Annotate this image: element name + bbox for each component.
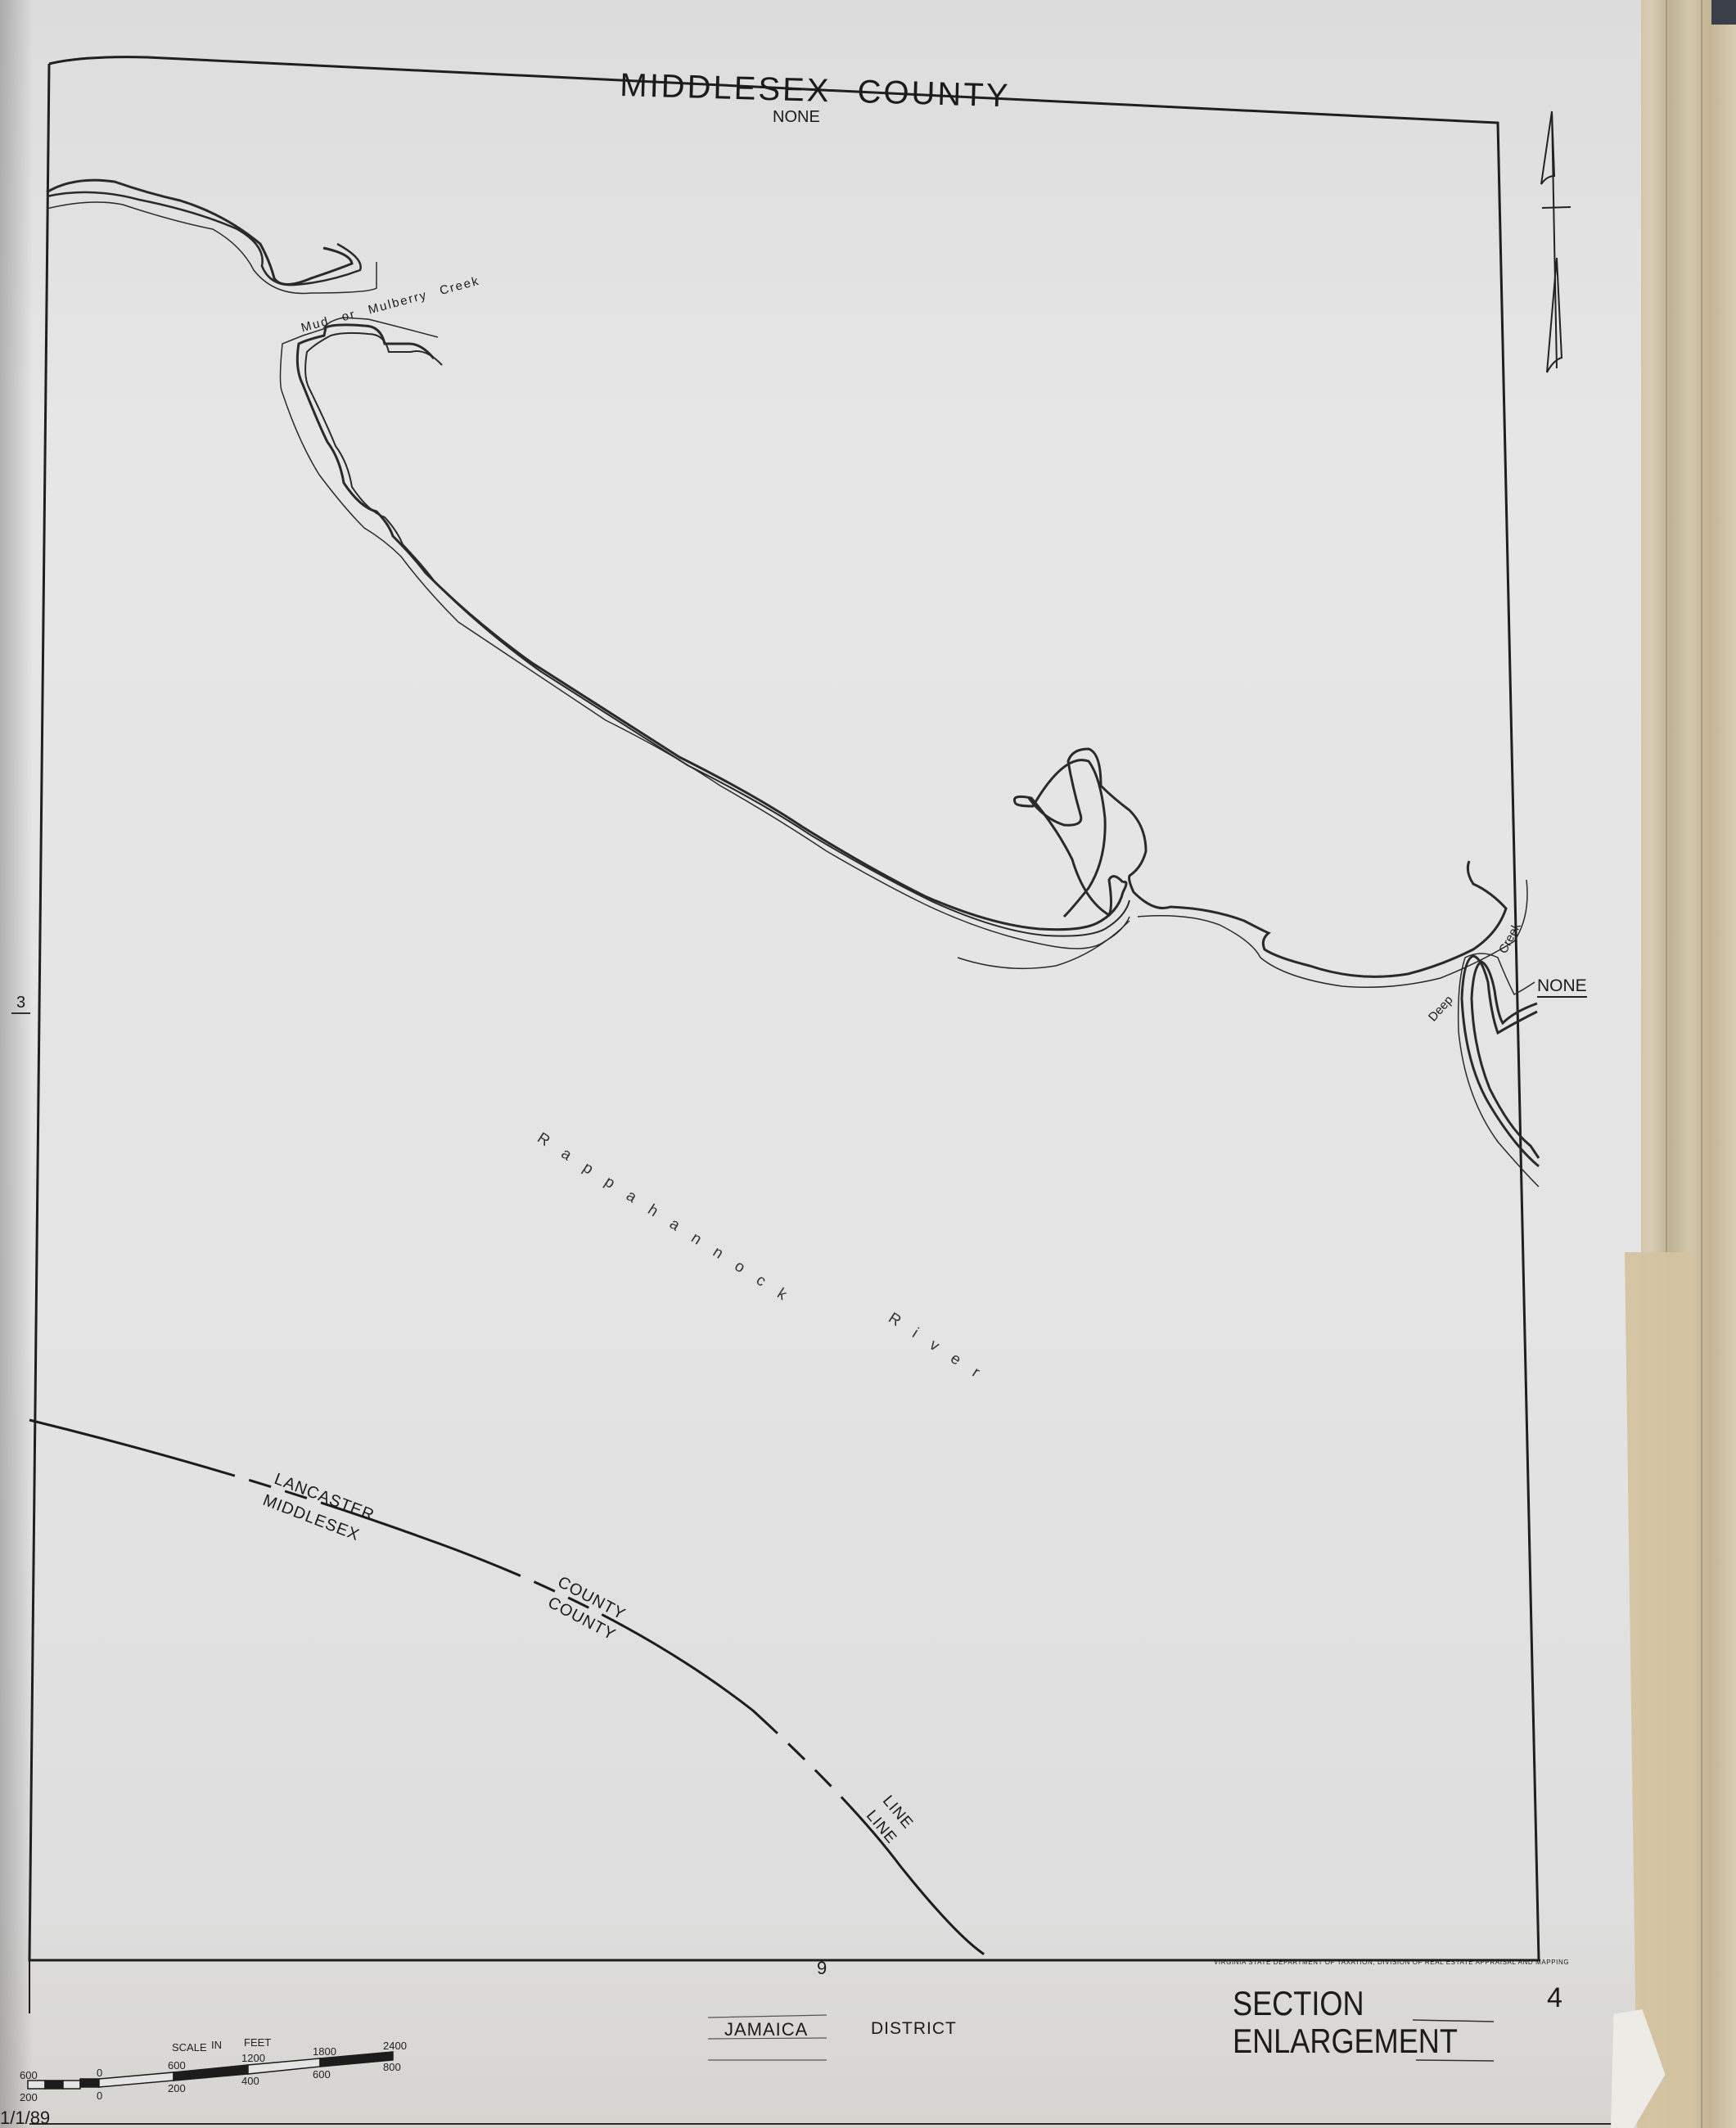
section-enlargement-label: SECTION ENLARGEMENT [1233, 1985, 1458, 2060]
district-name: JAMAICA [724, 2019, 808, 2040]
section-number: 4 [1547, 1982, 1562, 2014]
left-sheet-number: 3 [11, 994, 30, 1014]
scale-lower-tick: 400 [241, 2075, 259, 2087]
scale-upper-tick: 600 [168, 2059, 186, 2072]
deep-creek-shoreline [1459, 954, 1539, 1187]
scale-upper-tick: 600 [20, 2069, 38, 2081]
map-canvas [0, 0, 1736, 2128]
top-adjoining-label: NONE [773, 108, 820, 127]
section-label-line1: SECTION [1233, 1985, 1458, 2022]
scale-title-feet: FEET [244, 2036, 271, 2049]
scale-title-in: IN [211, 2039, 222, 2051]
county-line [29, 1420, 994, 1960]
map-date: 1/1/89 [0, 2108, 50, 2128]
scale-lower-tick: 0 [97, 2090, 102, 2102]
bottom-sheet-number: 9 [817, 1958, 827, 1979]
scale-upper-tick: 1800 [313, 2045, 336, 2058]
creek-shoreline [47, 180, 1130, 949]
scale-lower-tick: 800 [383, 2061, 401, 2073]
scale-title-scale: SCALE [172, 2041, 207, 2054]
scale-upper-tick: 2400 [383, 2040, 407, 2052]
scale-lower-tick: 200 [20, 2091, 38, 2103]
scale-upper-tick: 0 [97, 2067, 102, 2079]
bay-shoreline [958, 749, 1527, 987]
district-label: DISTRICT [871, 2019, 957, 2039]
scale-lower-tick: 600 [313, 2068, 331, 2081]
right-adjoining-label: NONE [1537, 976, 1587, 998]
scale-upper-tick: 1200 [241, 2052, 265, 2064]
scale-lower-tick: 200 [168, 2082, 186, 2094]
credit-line: VIRGINIA STATE DEPARTMENT OF TAXATION, D… [1214, 1959, 1569, 1966]
north-arrow-icon [1541, 111, 1571, 372]
map-border [29, 57, 1539, 1960]
scale-bar [28, 2052, 393, 2089]
section-label-line2: ENLARGEMENT [1233, 2022, 1458, 2060]
